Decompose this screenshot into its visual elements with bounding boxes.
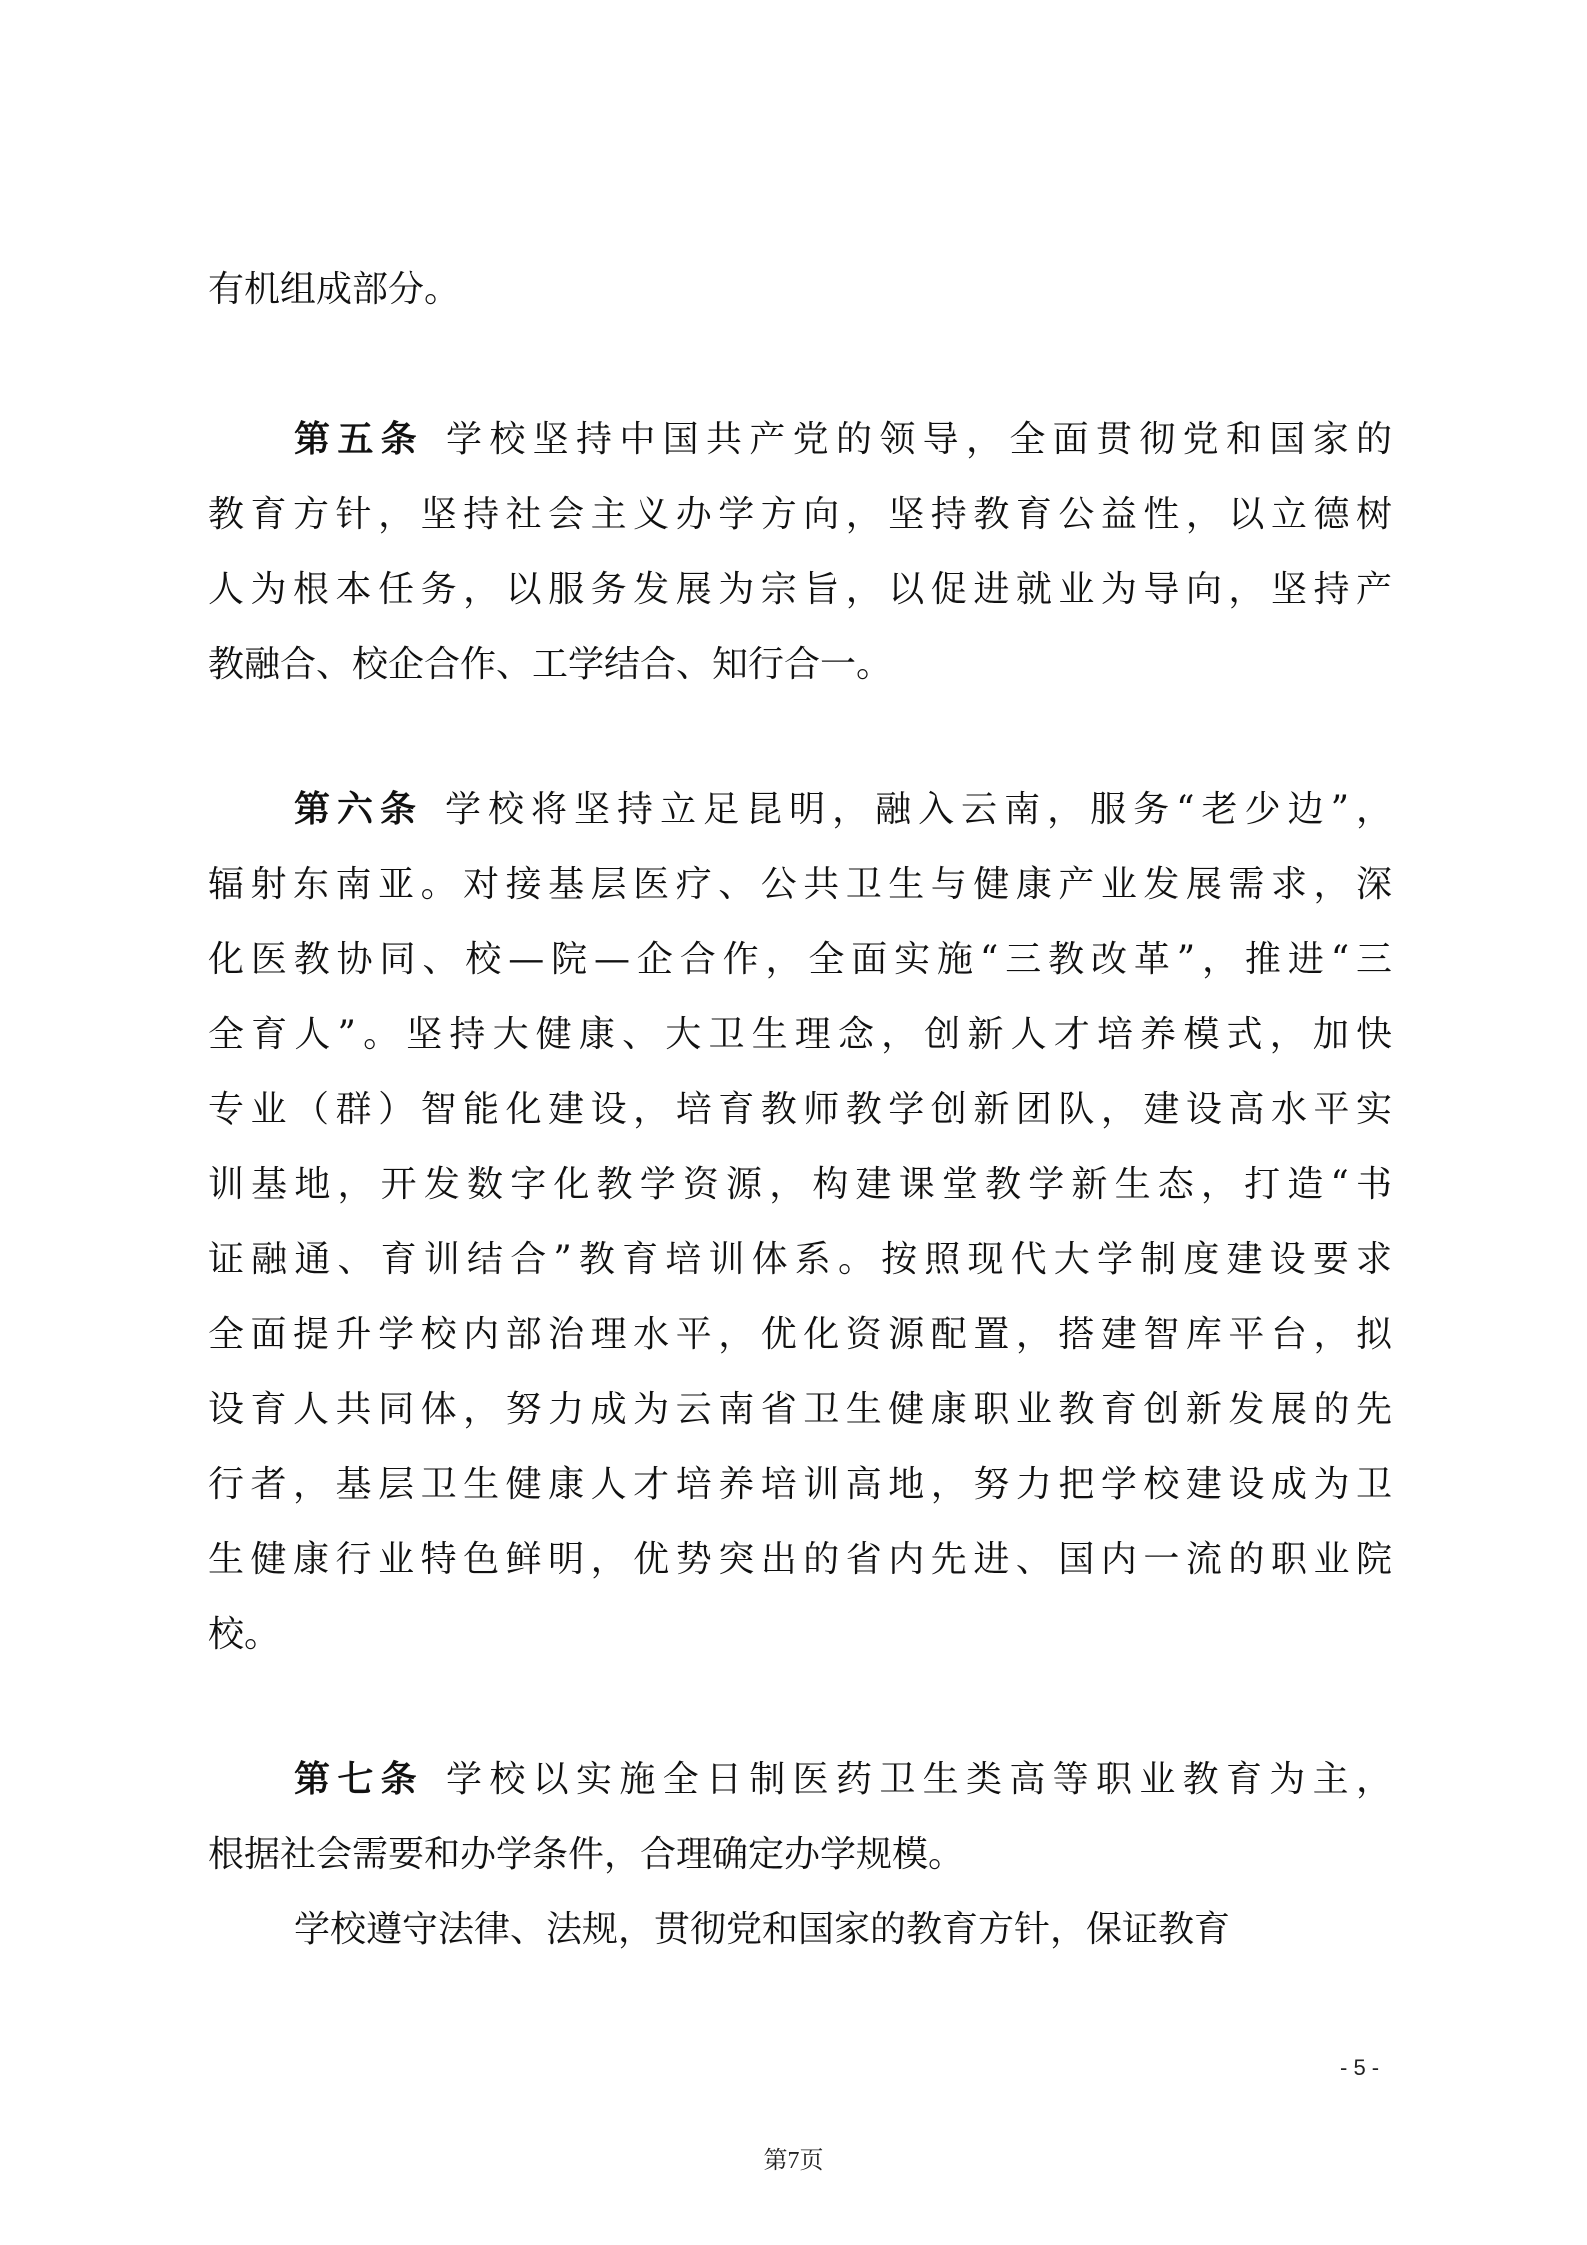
text-line: 化医教协同、校—院—企合作，全面实施“三教改革”，推进“三 [208, 935, 1392, 985]
line-text: 教融合、校企合作、工学结合、知行合一。 [208, 644, 892, 685]
line-text: 有机组成部分。 [208, 269, 460, 310]
text-line: 全育人”。坚持大健康、大卫生理念，创新人才培养模式，加快 [208, 1010, 1392, 1060]
line-text: 学校遵守法律、法规，贯彻党和国家的教育方针，保证教育 [294, 1909, 1230, 1950]
text-line: 证融通、育训结合”教育培训体系。按照现代大学制度建设要求 [208, 1235, 1392, 1285]
line-text: 学校以实施全日制医药卫生类高等职业教育为主， [446, 1759, 1392, 1800]
text-line: 设育人共同体，努力成为云南省卫生健康职业教育创新发展的先 [208, 1385, 1392, 1435]
text-line: 学校遵守法律、法规，贯彻党和国家的教育方针，保证教育 [294, 1905, 1392, 1955]
line-text: 训基地，开发数字化教学资源，构建课堂教学新生态，打造“书 [208, 1164, 1392, 1205]
line-text: 教育方针，坚持社会主义办学方向，坚持教育公益性，以立德树 [208, 494, 1392, 535]
article-first-line: 第六条学校将坚持立足昆明，融入云南，服务“老少边”， [294, 785, 1392, 835]
line-text: 学校坚持中国共产党的领导，全面贯彻党和国家的 [446, 419, 1392, 460]
article-heading: 第七条 [294, 1759, 424, 1800]
line-text: 专业（群）智能化建设，培育教师教学创新团队，建设高水平实 [208, 1089, 1392, 1130]
text-line: 教融合、校企合作、工学结合、知行合一。 [208, 640, 1392, 690]
line-text: 化医教协同、校—院—企合作，全面实施“三教改革”，推进“三 [208, 939, 1392, 980]
article-heading: 第五条 [294, 419, 424, 460]
line-text: 校。 [208, 1614, 280, 1655]
line-text: 生健康行业特色鲜明，优势突出的省内先进、国内一流的职业院 [208, 1539, 1392, 1580]
text-line: 全面提升学校内部治理水平，优化资源配置，搭建智库平台，拟 [208, 1310, 1392, 1360]
line-text: 证融通、育训结合”教育培训体系。按照现代大学制度建设要求 [208, 1239, 1392, 1280]
text-line: 训基地，开发数字化教学资源，构建课堂教学新生态，打造“书 [208, 1160, 1392, 1210]
text-line: 专业（群）智能化建设，培育教师教学创新团队，建设高水平实 [208, 1085, 1392, 1135]
line-text: 设育人共同体，努力成为云南省卫生健康职业教育创新发展的先 [208, 1389, 1392, 1430]
article-heading: 第六条 [294, 789, 423, 830]
line-text: 人为根本任务，以服务发展为宗旨，以促进就业为导向，坚持产 [208, 569, 1392, 610]
text-line: 人为根本任务，以服务发展为宗旨，以促进就业为导向，坚持产 [208, 565, 1392, 615]
text-line: 教育方针，坚持社会主义办学方向，坚持教育公益性，以立德树 [208, 490, 1392, 540]
text-line: 有机组成部分。 [208, 265, 1392, 315]
line-text: 辐射东南亚。对接基层医疗、公共卫生与健康产业发展需求，深 [208, 864, 1392, 905]
article-first-line: 第五条学校坚持中国共产党的领导，全面贯彻党和国家的 [294, 415, 1392, 465]
text-line: 根据社会需要和办学条件，合理确定办学规模。 [208, 1830, 1392, 1880]
line-text: 全面提升学校内部治理水平，优化资源配置，搭建智库平台，拟 [208, 1314, 1392, 1355]
text-line: 生健康行业特色鲜明，优势突出的省内先进、国内一流的职业院 [208, 1535, 1392, 1585]
page-footer: 第7页 [0, 2140, 1587, 2175]
text-line: 辐射东南亚。对接基层医疗、公共卫生与健康产业发展需求，深 [208, 860, 1392, 910]
article-first-line: 第七条学校以实施全日制医药卫生类高等职业教育为主， [294, 1755, 1392, 1805]
line-text: 根据社会需要和办学条件，合理确定办学规模。 [208, 1834, 964, 1875]
line-text: 行者，基层卫生健康人才培养培训高地，努力把学校建设成为卫 [208, 1464, 1392, 1505]
text-line: 校。 [208, 1610, 1392, 1660]
line-text: 全育人”。坚持大健康、大卫生理念，创新人才培养模式，加快 [208, 1014, 1392, 1055]
line-text: 学校将坚持立足昆明，融入云南，服务“老少边”， [445, 789, 1392, 830]
text-line: 行者，基层卫生健康人才培养培训高地，努力把学校建设成为卫 [208, 1460, 1392, 1510]
page-number: - 5 - [1340, 2055, 1379, 2081]
